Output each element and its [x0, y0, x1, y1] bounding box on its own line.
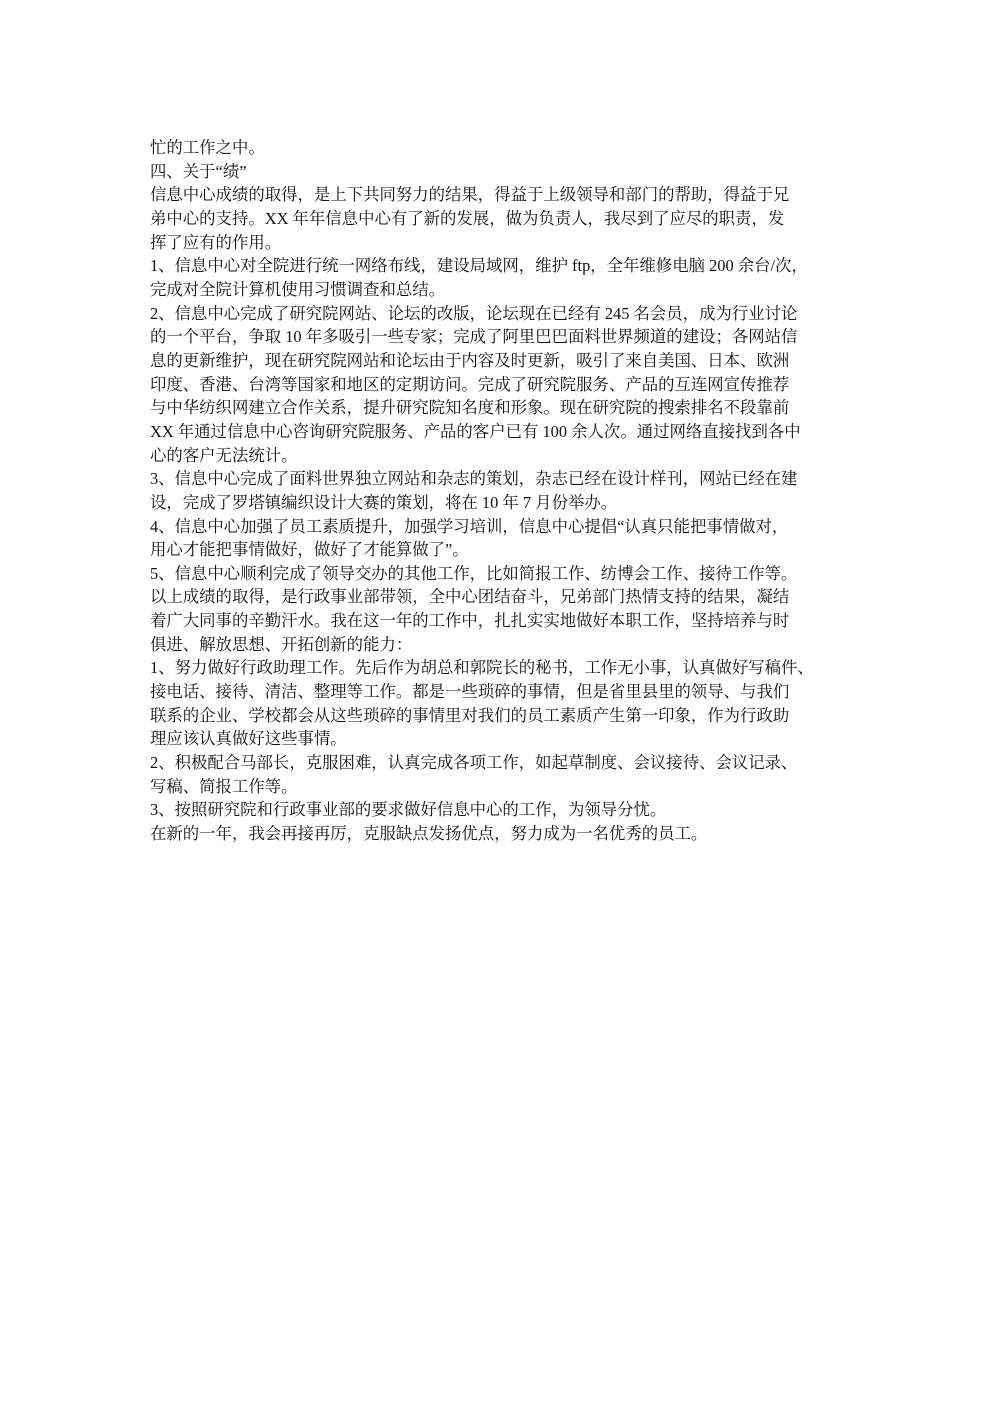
- text-line: 息的更新维护，现在研究院网站和论坛由于内容及时更新，吸引了来自美国、日本、欧洲: [150, 349, 860, 373]
- text-line: 设，完成了罗塔镇编织设计大赛的策划，将在 10 年 7 月份举办。: [150, 491, 860, 515]
- text-line: 与中华纺织网建立合作关系，提升研究院知名度和形象。现在研究院的搜索排名不段靠前: [150, 396, 860, 420]
- document-body: 忙的工作之中。 四、关于“绩” 信息中心成绩的取得，是上下共同努力的结果，得益于…: [150, 136, 860, 846]
- text-line: 忙的工作之中。: [150, 136, 860, 160]
- text-line: 3、按照研究院和行政事业部的要求做好信息中心的工作，为领导分忧。: [150, 798, 860, 822]
- text-line: XX 年通过信息中心咨询研究院服务、产品的客户已有 100 余人次。通过网络直接…: [150, 420, 860, 444]
- text-line: 挥了应有的作用。: [150, 231, 860, 255]
- text-line: 3、信息中心完成了面料世界独立网站和杂志的策划，杂志已经在设计样刊，网站已经在建: [150, 467, 860, 491]
- text-line: 2、信息中心完成了研究院网站、论坛的改版，论坛现在已经有 245 名会员，成为行…: [150, 302, 860, 326]
- text-line: 4、信息中心加强了员工素质提升，加强学习培训，信息中心提倡“认真只能把事情做对，: [150, 515, 860, 539]
- text-line: 着广大同事的辛勤汗水。我在这一年的工作中，扎扎实实地做好本职工作，坚持培养与时: [150, 609, 860, 633]
- text-line: 1、信息中心对全院进行统一网络布线，建设局域网，维护 ftp，全年维修电脑 20…: [150, 254, 860, 278]
- text-line: 心的客户无法统计。: [150, 444, 860, 468]
- text-line: 接电话、接待、清洁、整理等工作。都是一些琐碎的事情，但是省里县里的领导、与我们: [150, 680, 860, 704]
- text-line: 写稿、简报工作等。: [150, 775, 860, 799]
- text-line: 信息中心成绩的取得，是上下共同努力的结果，得益于上级领导和部门的帮助，得益于兄: [150, 183, 860, 207]
- text-line: 的一个平台，争取 10 年多吸引一些专家；完成了阿里巴巴面料世界频道的建设；各网…: [150, 325, 860, 349]
- text-line: 5、信息中心顺利完成了领导交办的其他工作，比如简报工作、纺博会工作、接待工作等。: [150, 562, 860, 586]
- text-line: 1、努力做好行政助理工作。先后作为胡总和郭院长的秘书，工作无小事，认真做好写稿件…: [150, 656, 860, 680]
- text-line: 弟中心的支持。XX 年年信息中心有了新的发展，做为负责人，我尽到了应尽的职责，发: [150, 207, 860, 231]
- text-line: 以上成绩的取得，是行政事业部带领，全中心团结奋斗，兄弟部门热情支持的结果，凝结: [150, 585, 860, 609]
- section-heading: 四、关于“绩”: [150, 160, 860, 184]
- text-line: 联系的企业、学校都会从这些琐碎的事情里对我们的员工素质产生第一印象，作为行政助: [150, 704, 860, 728]
- text-line: 在新的一年，我会再接再厉，克服缺点发扬优点，努力成为一名优秀的员工。: [150, 822, 860, 846]
- text-line: 2、积极配合马部长，克服困难，认真完成各项工作，如起草制度、会议接待、会议记录、: [150, 751, 860, 775]
- text-line: 完成对全院计算机使用习惯调查和总结。: [150, 278, 860, 302]
- document-page: 忙的工作之中。 四、关于“绩” 信息中心成绩的取得，是上下共同努力的结果，得益于…: [0, 0, 1000, 1415]
- text-line: 俱进、解放思想、开拓创新的能力：: [150, 633, 860, 657]
- text-line: 理应该认真做好这些事情。: [150, 727, 860, 751]
- text-line: 用心才能把事情做好，做好了才能算做了”。: [150, 538, 860, 562]
- text-line: 印度、香港、台湾等国家和地区的定期访问。完成了研究院服务、产品的互连网宣传推荐: [150, 373, 860, 397]
